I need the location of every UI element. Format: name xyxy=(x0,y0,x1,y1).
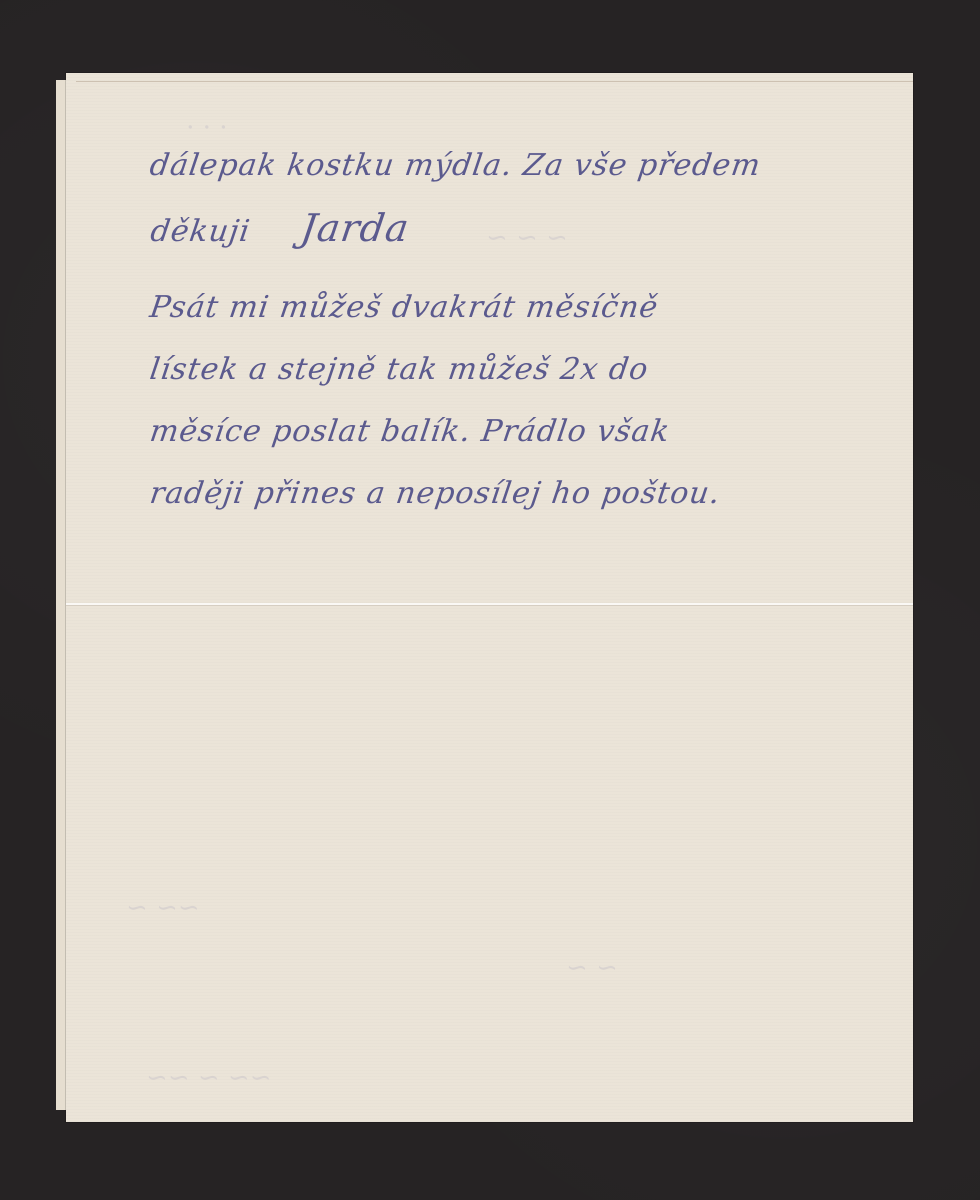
handwritten-line: děkuji Jarda xyxy=(144,197,895,277)
handwritten-line: raději přines a neposílej ho poštou. xyxy=(146,463,895,525)
handwritten-line: Psát mi můžeš dvakrát měsíčně xyxy=(146,277,895,339)
handwritten-word: děkuji xyxy=(148,214,252,249)
fold-crease xyxy=(66,603,913,605)
letter-page: · · · ~ ~ ~ ~~ ~ ~ ~ ~~ ~ ~~ dálepak kos… xyxy=(66,73,913,1122)
signature: Jarda xyxy=(298,206,412,250)
ghost-text: ~~ ~ xyxy=(124,893,202,923)
handwritten-line: dálepak kostku mýdla. Za vše předem xyxy=(146,135,895,197)
handwritten-text: dálepak kostku mýdla. Za vše předem děku… xyxy=(150,135,890,525)
ghost-text: ~~ ~ ~~ xyxy=(144,1063,274,1093)
handwritten-line: měsíce poslat balík. Prádlo však xyxy=(146,401,895,463)
top-edge-line xyxy=(76,81,913,82)
handwritten-line: lístek a stejně tak můžeš 2x do xyxy=(146,339,895,401)
ghost-text: ~ ~ xyxy=(564,953,620,983)
